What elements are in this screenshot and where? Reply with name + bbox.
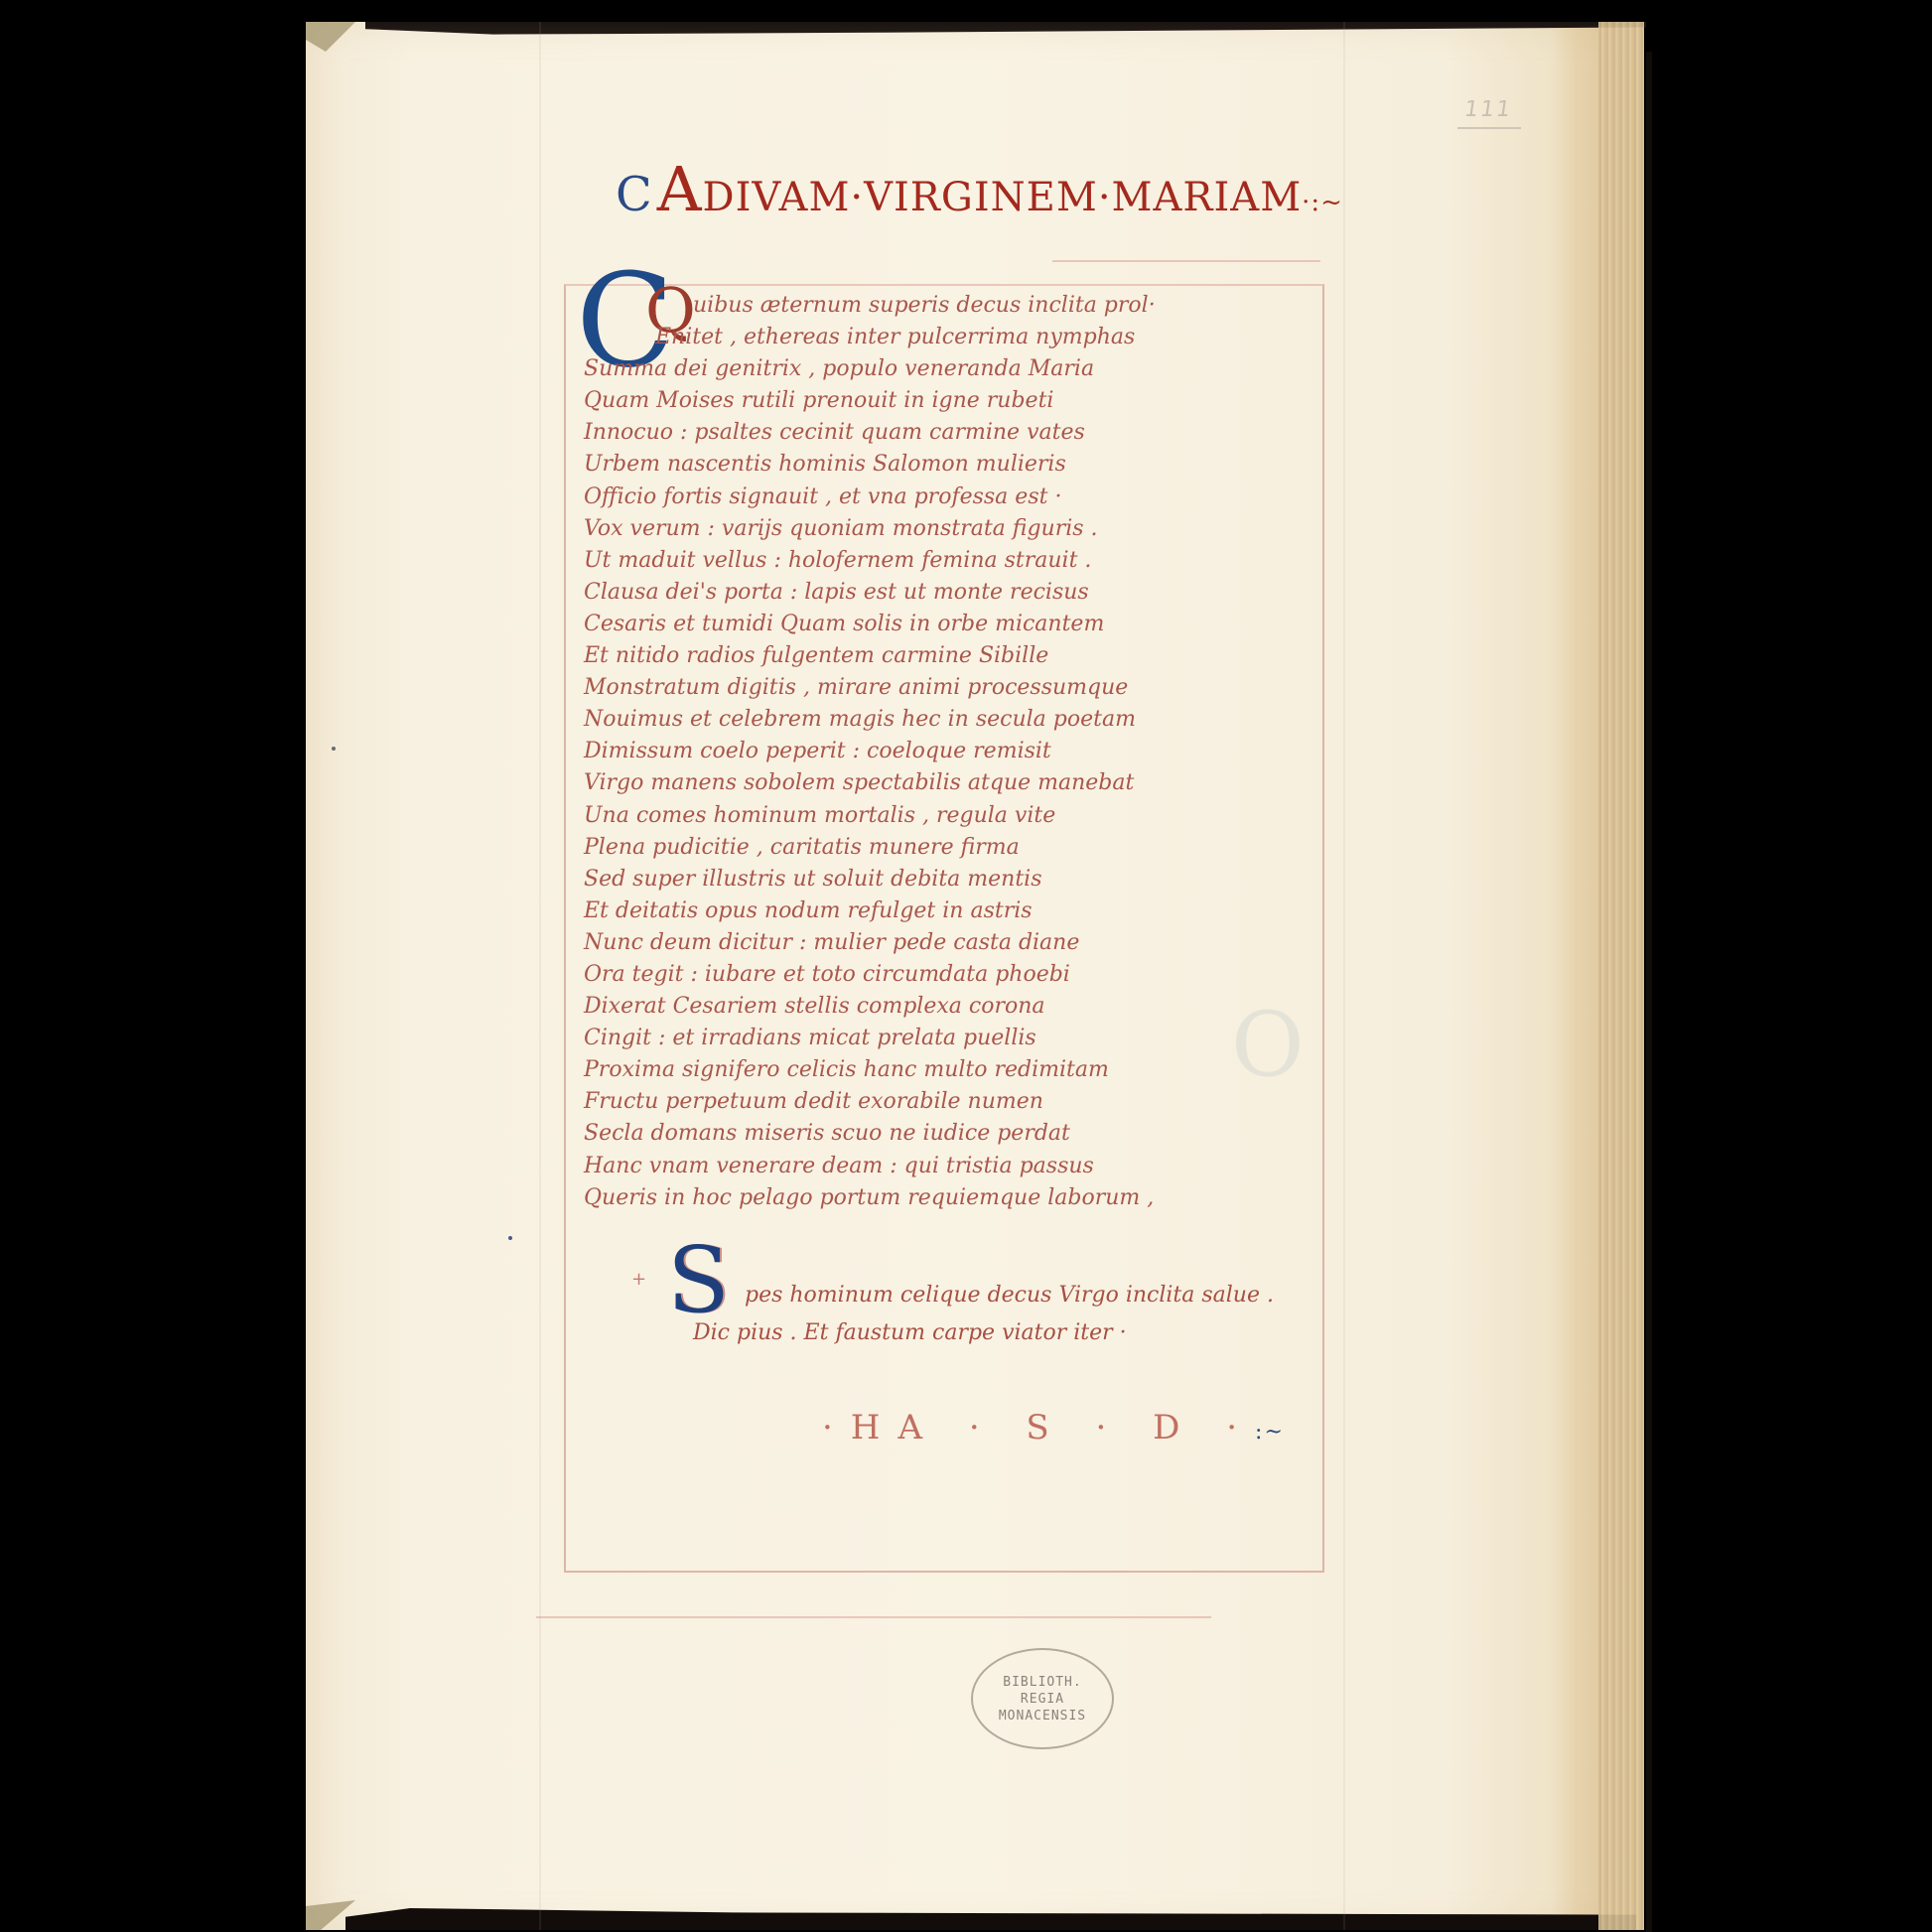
verse-line: Nouimus et celebrem magis hec in secula … [584,704,1318,736]
closing-line-1: pes hominum celique decus Virgo inclita … [745,1283,1274,1308]
verse-line: Hanc vnam venerare deam : qui tristia pa… [584,1151,1318,1182]
verse-line: Vox verum : varijs quoniam monstrata fig… [584,513,1318,545]
verse-line: Urbem nascentis hominis Salomon mulieris [584,449,1318,481]
verse-line: Ora tegit : iubare et toto circumdata ph… [584,959,1318,991]
ruling-line-bottom [536,1616,1211,1618]
stamp-line-2: REGIA [1021,1691,1064,1708]
verse-line: Dimissum coelo peperit : coeloque remisi… [584,736,1318,767]
cross-mark-icon: + [631,1269,646,1290]
ruling-line [1343,22,1345,1930]
verse-line: Fructu perpetuum dedit exorabile numen [584,1086,1318,1118]
verse-line: Plena pudicitie , caritatis munere firma [584,832,1318,864]
margin-dot [508,1236,512,1240]
decorated-initial-s: S [667,1235,730,1326]
title-text: DIVAM·VIRGINEM·MARIAM [703,175,1303,220]
verse-line: Cesaris et tumidi Quam solis in orbe mic… [584,609,1318,640]
show-through-initial: O [1231,993,1305,1097]
verse-line: uibus æternum superis decus inclita prol… [584,290,1318,322]
library-stamp: BIBLIOTH. REGIA MONACENSIS [971,1648,1114,1749]
verse-line: Dixerat Cesariem stellis complexa corona [584,991,1318,1023]
verse-line: Virgo manens sobolem spectabilis atque m… [584,767,1318,799]
margin-dot [332,747,336,751]
page-corner-top [306,22,355,52]
verse-line: Clausa dei's porta : lapis est ut monte … [584,577,1318,609]
verse-line: Officio fortis signauit , et vna profess… [584,482,1318,513]
verse-line: Summa dei genitrix , populo veneranda Ma… [584,353,1318,385]
ruling-line-top [1052,260,1320,262]
verse-line: Quam Moises rutili prenouit in igne rube… [584,385,1318,417]
verse-line: Queris in hoc pelago portum requiemque l… [584,1182,1318,1214]
page-top-edge [365,22,1646,40]
verse-line: Enitet , ethereas inter pulcerrima nymph… [584,322,1318,353]
ruling-line [539,22,541,1930]
stamp-line-3: MONACENSIS [999,1708,1086,1725]
monogram-ending: :~ [1255,1420,1285,1445]
text-block-edge [1598,22,1644,1930]
verse-line: Secla domans miseris scuo ne iudice perd… [584,1118,1318,1150]
folio-number: 111 [1462,97,1514,122]
verse-line: Et deitatis opus nodum refulget in astri… [584,896,1318,927]
verse-line: Nunc deum dicitur : mulier pede casta di… [584,927,1318,959]
verse-line: Cingit : et irradians micat prelata puel… [584,1023,1318,1054]
folio-underline [1457,127,1521,129]
verse-line: Proxima signifero celicis hanc multo red… [584,1054,1318,1086]
stamp-line-1: BIBLIOTH. [1003,1674,1081,1691]
page-fold [1646,52,1652,1932]
paragraph-mark-icon: C [616,167,653,222]
verse-line: Monstratum digitis , mirare animi proces… [584,672,1318,704]
monogram-letters: ·HA · S · D · [822,1408,1255,1448]
closing-line-2: Dic pius . Et faustum carpe viator iter … [693,1320,1127,1345]
title-ending: ·:~ [1302,188,1343,217]
verse-line: Sed super illustris ut soluit debita men… [584,864,1318,896]
monogram-signature: ·HA · S · D ·:~ [822,1408,1285,1448]
page-title: CADIVAM·VIRGINEM·MARIAM·:~ [616,159,1343,222]
verse-line: Una comes hominum mortalis , regula vite [584,800,1318,832]
verse-body: uibus æternum superis decus inclita prol… [584,290,1318,1214]
title-initial: A [657,153,703,225]
verse-line: Et nitido radios fulgentem carmine Sibil… [584,640,1318,672]
verse-line: Ut maduit vellus : holofernem femina str… [584,545,1318,577]
verse-line: Innocuo : psaltes cecinit quam carmine v… [584,417,1318,449]
